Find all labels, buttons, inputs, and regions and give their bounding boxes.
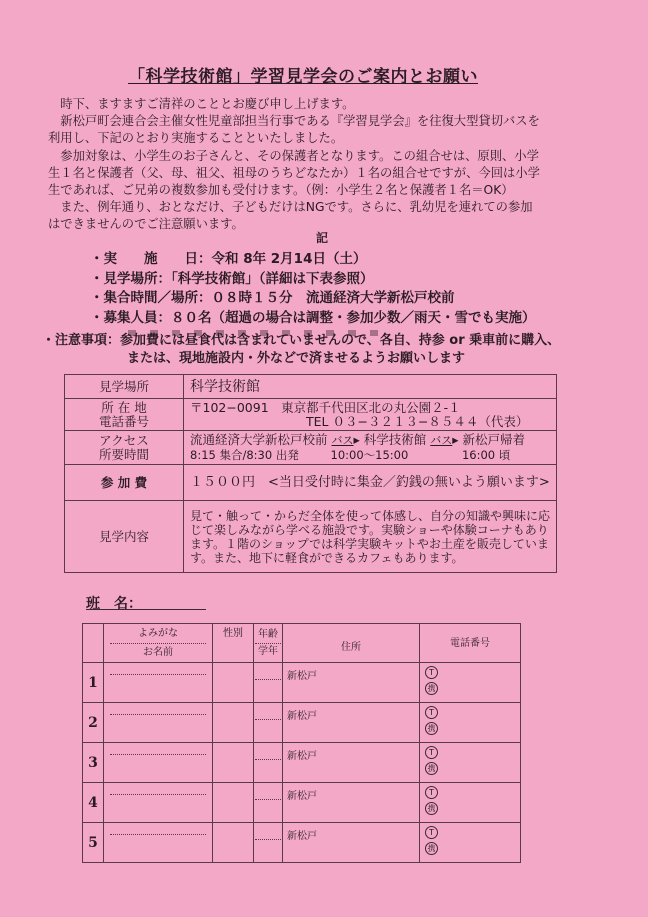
info-row-content: 見学内容 見て・触って・からだ全体を使って体感し、自分の知識や興味に応じて楽しみ… [65, 501, 557, 573]
header-num [83, 624, 104, 663]
age-grade-field[interactable] [254, 783, 283, 823]
bus-arrow-2: バス [430, 434, 452, 447]
divider [110, 643, 206, 644]
name-field[interactable] [104, 743, 213, 783]
address-text: 〒102−0091 東京都千代田区北の丸公園２-１ [190, 401, 550, 415]
info-table: 見学場所 科学技術館 所 在 地 電話番号 〒102−0091 東京都千代田区北… [64, 374, 557, 573]
detail-capacity: ・募集人員：８０名（超過の場合は調整・参加少数／雨天・雪でも実施） [90, 309, 536, 329]
form-row: 2 新松戸 T 携 [83, 703, 521, 743]
age-grade-field[interactable] [254, 663, 283, 703]
header-furigana: よみがな [104, 627, 212, 641]
info-row-venue: 見学場所 科学技術館 [65, 375, 557, 399]
mobile-icon: 携 [425, 802, 438, 815]
phone-icon: T [425, 826, 438, 839]
fee-label: 参 加 費 [65, 465, 184, 501]
header-name-label: お名前 [104, 646, 212, 660]
access-label-2: 所要時間 [71, 448, 177, 462]
paragraph-line: 生１名と保護者（父、母、祖父、祖母のうちどなたか）１名の組合せですが、今回は小学 [48, 165, 648, 182]
fee-value: １５００円 <当日受付時に集金／釣銭の無いよう願います> [184, 465, 557, 501]
header-name: よみがな お名前 [104, 624, 213, 663]
row-number: 1 [83, 663, 104, 703]
address-field[interactable]: 新松戸 [283, 703, 420, 743]
header-age: 年齢 学年 [254, 624, 283, 663]
mobile-icon: 携 [425, 842, 438, 855]
form-row: 1 新松戸 T 携 [83, 663, 521, 703]
content-label: 見学内容 [65, 501, 184, 573]
paragraph-line: 参加対象は、小学生のお子さんと、その保護者となります。この組合せは、原則、小学 [48, 148, 648, 165]
arrow-icon: ▸ [354, 432, 360, 447]
gender-field[interactable] [213, 743, 254, 783]
address-label-1: 所 在 地 [71, 401, 177, 415]
access-label: アクセス 所要時間 [65, 431, 184, 465]
form-row: 4 新松戸 T 携 [83, 783, 521, 823]
intro-paragraph: 時下、ますますご清祥のこととお慶び申し上げます。 新松戸町会連合会主催女性児童部… [48, 96, 648, 234]
phone-icon: T [425, 786, 438, 799]
age-grade-field[interactable] [254, 703, 283, 743]
address-field[interactable]: 新松戸 [283, 743, 420, 783]
address-field[interactable]: 新松戸 [283, 663, 420, 703]
form-header-row: よみがな お名前 性別 年齢 学年 住所 電話番号 [83, 624, 521, 663]
paragraph-line: 生であれば、ご兄弟の複数参加も受付けます。（例：小学生２名と保護者１名＝OK） [48, 182, 648, 199]
mobile-icon: 携 [425, 762, 438, 775]
route-line: 流通経済大学新松戸校前 バス▸ 科学技術館 バス▸ 新松戸帰着 [190, 433, 550, 448]
phone-icon: T [425, 666, 438, 679]
gender-field[interactable] [213, 703, 254, 743]
header-grade-label: 学年 [254, 645, 282, 659]
phone-field[interactable]: T 携 [420, 743, 521, 783]
row-number: 5 [83, 823, 104, 863]
note-line-1: ・注意事項：参加費には昼食代は含まれていませんので、各自、持参 or 乗車前に購… [42, 332, 560, 350]
name-field[interactable] [104, 703, 213, 743]
note-line-2: または、現地施設内・外などで済ませるようお願いします [42, 350, 560, 368]
gender-field[interactable] [213, 823, 254, 863]
caution-note: ・注意事項：参加費には昼食代は含まれていませんので、各自、持参 or 乗車前に購… [42, 332, 560, 368]
time-depart: 8:15 集合/8:30 出発 [190, 448, 299, 462]
detail-date: ・実 施 日：令和 8年 2月14日（土） [90, 250, 536, 270]
document-title: 「科学技術館」学習見学会のご案内とお願い [128, 62, 478, 87]
tel-text: TEL ０３−３２１３−８５４４（代表） [190, 415, 550, 429]
event-details-list: ・実 施 日：令和 8年 2月14日（土） ・見学場所：「科学技術館」（詳細は下… [90, 250, 536, 328]
name-field[interactable] [104, 783, 213, 823]
phone-field[interactable]: T 携 [420, 783, 521, 823]
arrow-icon: ▸ [452, 432, 458, 447]
bus-arrow-1: バス [332, 434, 354, 447]
paragraph-line: 時下、ますますご清祥のこととお慶び申し上げます。 [48, 96, 648, 113]
row-number: 2 [83, 703, 104, 743]
gender-field[interactable] [213, 663, 254, 703]
form-row: 5 新松戸 T 携 [83, 823, 521, 863]
detail-meeting: ・集合時間／場所：０８時１５分 流通経済大学新松戸校前 [90, 289, 536, 309]
paragraph-line: はできませんのでご注意願います。 [48, 216, 648, 233]
application-form-table: よみがな お名前 性別 年齢 学年 住所 電話番号 1 新松戸 T 携 2 新松… [82, 623, 521, 863]
detail-venue: ・見学場所：「科学技術館」（詳細は下表参照） [90, 270, 536, 290]
header-gender: 性別 [213, 624, 254, 663]
header-age-label: 年齢 [254, 628, 282, 642]
access-value: 流通経済大学新松戸校前 バス▸ 科学技術館 バス▸ 新松戸帰着 8:15 集合/… [184, 431, 557, 465]
ki-heading: 記 [316, 229, 328, 246]
age-grade-field[interactable] [254, 823, 283, 863]
address-label: 所 在 地 電話番号 [65, 399, 184, 431]
age-grade-field[interactable] [254, 743, 283, 783]
phone-field[interactable]: T 携 [420, 823, 521, 863]
name-field[interactable] [104, 823, 213, 863]
time-line: 8:15 集合/8:30 出発 10:00〜15:00 16:00 頃 [190, 448, 550, 462]
header-address: 住所 [283, 624, 420, 663]
paragraph-line: 利用し、下記のとおり実施することといたしました。 [48, 130, 648, 147]
route-from: 流通経済大学新松戸校前 [190, 432, 328, 447]
info-row-fee: 参 加 費 １５００円 <当日受付時に集金／釣銭の無いよう願います> [65, 465, 557, 501]
header-phone: 電話番号 [420, 624, 521, 663]
row-number: 4 [83, 783, 104, 823]
phone-icon: T [425, 746, 438, 759]
mobile-icon: 携 [425, 722, 438, 735]
route-to: 新松戸帰着 [463, 432, 526, 447]
paragraph-line: 新松戸町会連合会主催女性児童部担当行事である『学習見学会』を往復大型貸切バスを [48, 113, 648, 130]
form-row: 3 新松戸 T 携 [83, 743, 521, 783]
address-field[interactable]: 新松戸 [283, 783, 420, 823]
phone-icon: T [425, 706, 438, 719]
info-row-address: 所 在 地 電話番号 〒102−0091 東京都千代田区北の丸公園２-１ TEL… [65, 399, 557, 431]
phone-field[interactable]: T 携 [420, 663, 521, 703]
phone-field[interactable]: T 携 [420, 703, 521, 743]
access-label-1: アクセス [71, 434, 177, 448]
venue-label: 見学場所 [65, 375, 184, 399]
divider [255, 643, 281, 644]
address-field[interactable]: 新松戸 [283, 823, 420, 863]
address-label-2: 電話番号 [71, 415, 177, 429]
name-field[interactable] [104, 663, 213, 703]
route-mid: 科学技術館 [364, 432, 427, 447]
address-value: 〒102−0091 東京都千代田区北の丸公園２-１ TEL ０３−３２１３−８５… [184, 399, 557, 431]
row-number: 3 [83, 743, 104, 783]
time-stay: 10:00〜15:00 [303, 448, 409, 462]
group-name-field[interactable] [86, 609, 206, 610]
paragraph-line: また、例年通り、おとなだけ、子どもだけはNGです。さらに、乳幼児を連れての参加 [48, 199, 648, 216]
venue-value: 科学技術館 [184, 375, 557, 399]
gender-field[interactable] [213, 783, 254, 823]
info-row-access: アクセス 所要時間 流通経済大学新松戸校前 バス▸ 科学技術館 バス▸ 新松戸帰… [65, 431, 557, 465]
mobile-icon: 携 [425, 682, 438, 695]
time-return: 16:00 頃 [412, 448, 510, 462]
content-value: 見て・触って・からだ全体を使って体感し、自分の知識や興味に応じて楽しみながら学べ… [184, 501, 557, 573]
